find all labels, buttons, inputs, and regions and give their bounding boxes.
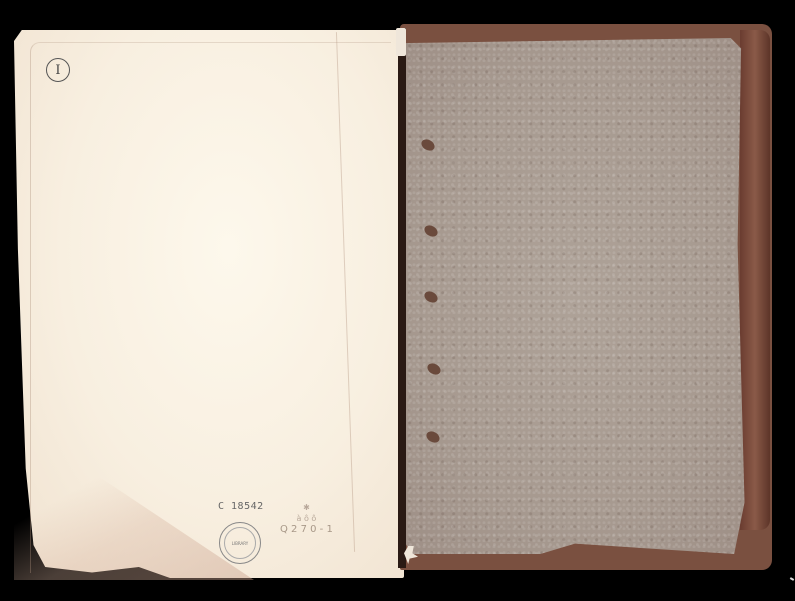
library-stamp-inner: LIBRARY: [224, 527, 256, 559]
pencil-mark-star: ✱: [280, 502, 333, 513]
pastedown-paper: [402, 38, 748, 554]
pencil-mark-number: Q 2 7 0 - 1: [280, 524, 333, 535]
library-stamp-text: LIBRARY: [232, 541, 248, 546]
leather-turn-in: [740, 30, 770, 530]
circled-mark-icon: Ⅰ: [46, 58, 70, 82]
library-stamp-icon: LIBRARY: [219, 522, 261, 564]
circled-mark-text: Ⅰ: [55, 64, 60, 77]
dust-fleck: [790, 577, 794, 581]
paper-texture: [402, 38, 748, 554]
paper-tab-top: [396, 28, 406, 56]
gutter: [398, 28, 406, 568]
pencil-mark-letters: à ô ô: [280, 513, 333, 524]
pencil-annotation: ✱ à ô ô Q 2 7 0 - 1: [280, 502, 333, 535]
shelfmark-number: C 18542: [218, 501, 264, 512]
book-spread-photo: Ⅰ C 18542 LIBRARY ✱ à ô ô Q 2 7 0 - 1: [0, 0, 795, 601]
